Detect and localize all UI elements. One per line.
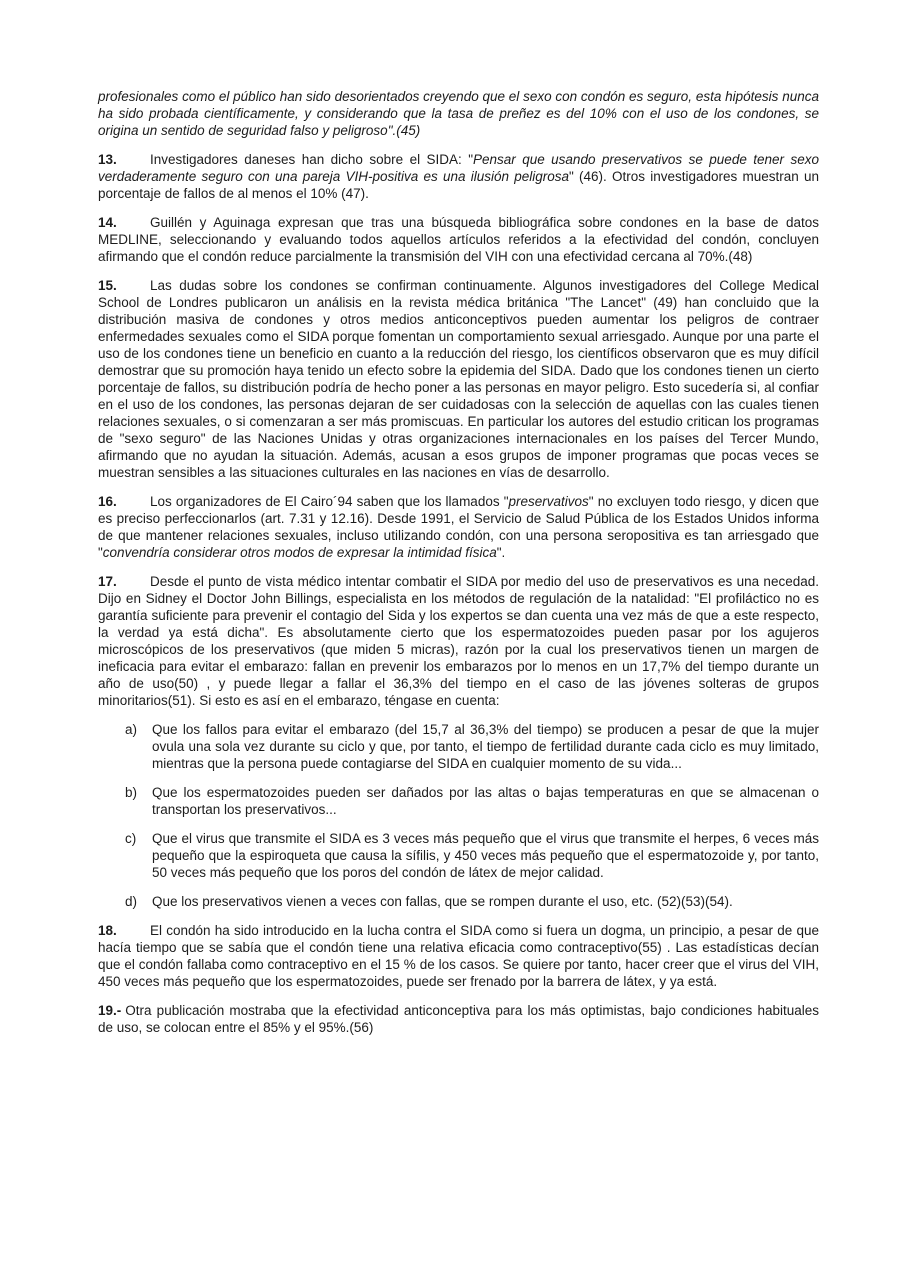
text-run: Otra publicación mostraba que la efectiv… — [98, 1003, 819, 1035]
paragraph-14: 14.Guillén y Aguinaga expresan que tras … — [98, 214, 819, 265]
paragraph-13: 13.Investigadores daneses han dicho sobr… — [98, 151, 819, 202]
paragraph-19: 19.-Otra publicación mostraba que la efe… — [98, 1002, 819, 1036]
list-item-marker: b) — [125, 784, 137, 801]
paragraph-continuation: profesionales como el público han sido d… — [98, 88, 819, 139]
paragraph-15: 15.Las dudas sobre los condones se confi… — [98, 277, 819, 481]
text-run: Los organizadores de El Cairo´94 saben q… — [150, 494, 509, 509]
list-item-c: c)Que el virus que transmite el SIDA es … — [98, 830, 819, 881]
text-run: Guillén y Aguinaga expresan que tras una… — [98, 215, 819, 264]
text-run: Que los preservativos vienen a veces con… — [152, 894, 733, 909]
list-item-marker: d) — [125, 893, 137, 910]
list-item-b: b)Que los espermatozoides pueden ser dañ… — [98, 784, 819, 818]
paragraph-number: 13. — [98, 151, 150, 168]
text-run-italic: convendría considerar otros modos de exp… — [103, 545, 497, 560]
paragraph-number: 15. — [98, 277, 150, 294]
paragraph-number: 14. — [98, 214, 150, 231]
paragraph-18: 18.El condón ha sido introducido en la l… — [98, 922, 819, 990]
text-run: El condón ha sido introducido en la luch… — [98, 923, 819, 989]
list-item-marker: a) — [125, 721, 137, 738]
text-run: Las dudas sobre los condones se confirma… — [98, 278, 819, 480]
text-run: ". — [497, 545, 506, 560]
text-run: Investigadores daneses han dicho sobre e… — [150, 152, 473, 167]
list-item-d: d)Que los preservativos vienen a veces c… — [98, 893, 819, 910]
paragraph-number: 16. — [98, 493, 150, 510]
text-run-italic: profesionales como el público han sido d… — [98, 89, 819, 138]
text-run: Que el virus que transmite el SIDA es 3 … — [152, 831, 819, 880]
text-run: Que los espermatozoides pueden ser dañad… — [152, 785, 819, 817]
list-item-a: a)Que los fallos para evitar el embarazo… — [98, 721, 819, 772]
text-run: Desde el punto de vista médico intentar … — [98, 574, 819, 708]
paragraph-16: 16.Los organizadores de El Cairo´94 sabe… — [98, 493, 819, 561]
document-page: profesionales como el público han sido d… — [0, 0, 905, 1280]
paragraph-17: 17.Desde el punto de vista médico intent… — [98, 573, 819, 709]
text-run: Que los fallos para evitar el embarazo (… — [152, 722, 819, 771]
text-run-italic: preservativos — [509, 494, 589, 509]
paragraph-number: 19.- — [98, 1003, 121, 1018]
list-item-marker: c) — [125, 830, 136, 847]
document-content: profesionales como el público han sido d… — [98, 88, 819, 1036]
paragraph-number: 17. — [98, 573, 150, 590]
paragraph-number: 18. — [98, 922, 150, 939]
